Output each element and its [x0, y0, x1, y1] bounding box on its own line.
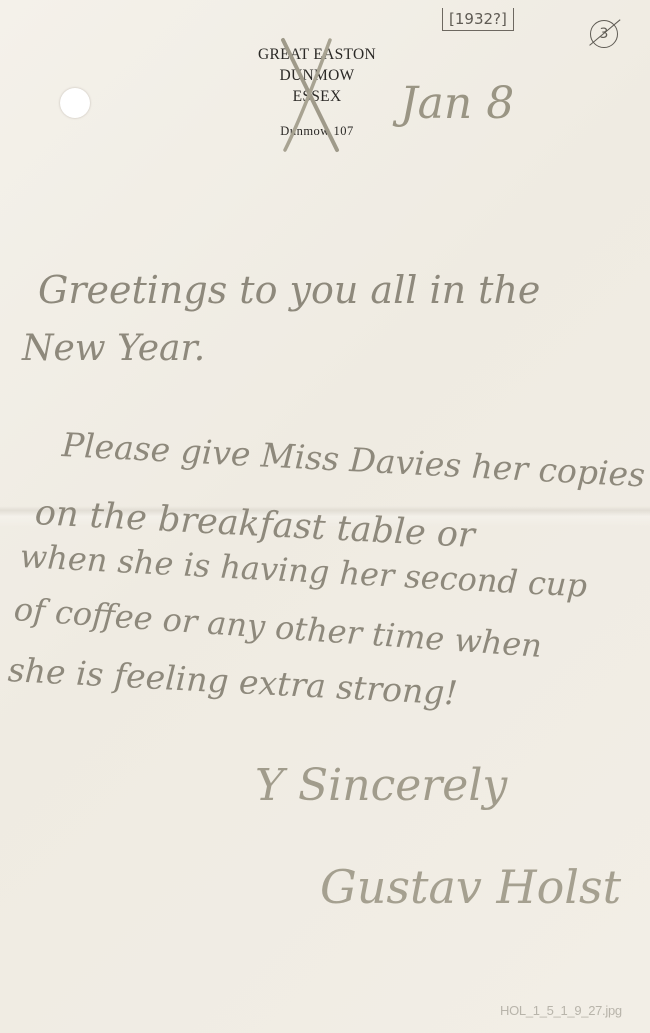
punch-hole — [60, 88, 90, 118]
x-cross-mark-icon — [275, 35, 345, 155]
file-name-label: HOL_1_5_1_9_27.jpg — [500, 1003, 622, 1018]
body-line-1: Greetings to you all in the — [38, 268, 540, 312]
letter-date: Jan 8 — [400, 78, 514, 129]
signature: Gustav Holst — [320, 860, 621, 914]
body-line-2: New Year. — [22, 328, 205, 369]
closing: Y Sincerely — [255, 760, 507, 811]
archival-date-annotation: [1932?] — [442, 8, 514, 31]
